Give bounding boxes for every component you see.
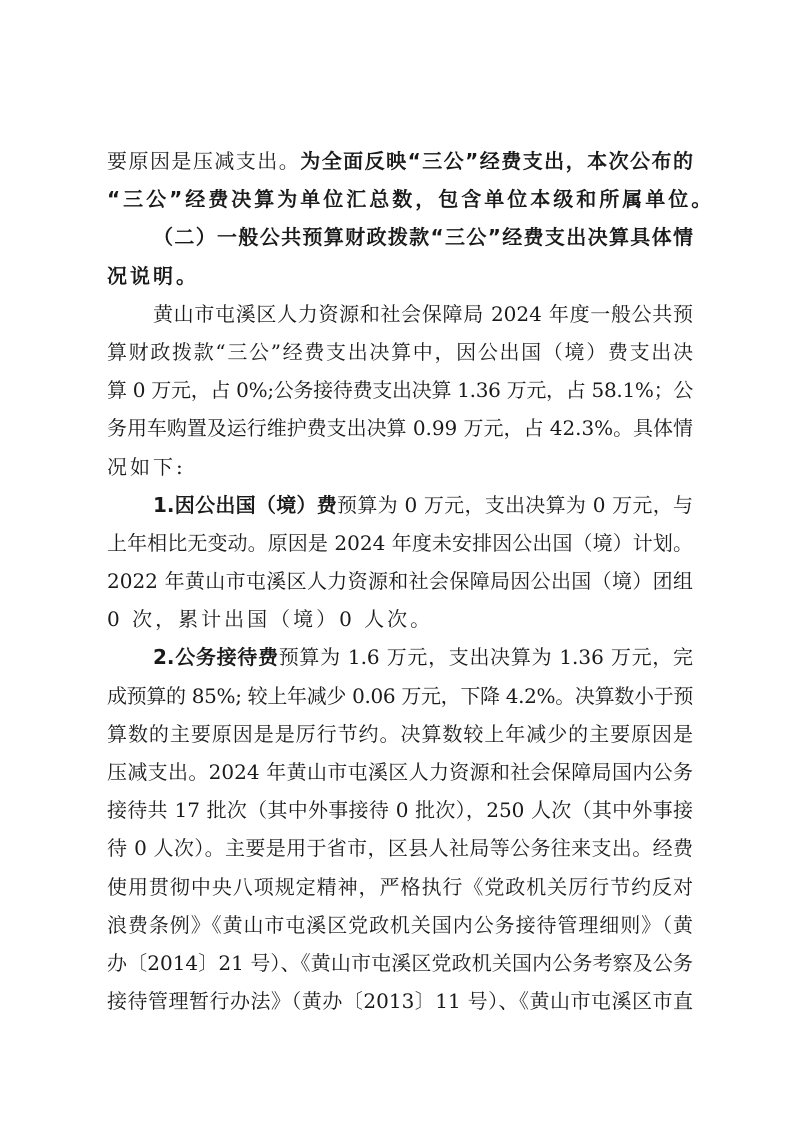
text-run: 待 0 人次）。主要是用于省市，区县人社局等公务往来支出。经费 [107, 836, 693, 860]
section-heading-text: 况说明。 [107, 264, 199, 288]
text-run: 算数的主要原因是是厉行节约。决算数较上年减少的主要原因是 [107, 722, 693, 746]
paragraph-line: 2022 年黄山市屯溪区人力资源和社会保障局因公出国（境）团组 [107, 562, 693, 600]
text-run: 预算为 0 万元，支出决算为 0 万元，与 [337, 493, 693, 517]
paragraph-line: 要原因是压减支出。为全面反映“三公”经费支出，本次公布的 [107, 142, 693, 180]
section-heading-continued: 况说明。 [107, 257, 693, 295]
paragraph-line: 算数的主要原因是是厉行节约。决算数较上年减少的主要原因是 [107, 715, 693, 753]
text-run: 浪费条例》《黄山市屯溪区党政机关国内公务接待管理细则》（黄 [107, 913, 693, 937]
text-run: 况如下: [107, 455, 186, 479]
paragraph-line: 接待管理暂行办法》（黄办〔2013〕11 号）、《黄山市屯溪区市直 [107, 982, 693, 1020]
text-run: 接待共 17 批次（其中外事接待 0 批次），250 人次（其中外事接 [107, 798, 693, 822]
text-run: 预算为 1.6 万元，支出决算为 1.36 万元，完 [279, 645, 693, 669]
section-heading-text: （二）一般公共预算财政拨款“三公”经费支出决算具体情 [153, 225, 693, 249]
text-run: 黄山市屯溪区人力资源和社会保障局 2024 年度一般公共预 [153, 302, 693, 326]
text-run: 0 次，累计出国（境）0 人次。 [107, 607, 433, 631]
paragraph-line: 算 0 万元，占 0%;公务接待费支出决算 1.36 万元，占 58.1%；公 [107, 371, 693, 409]
bold-text-run: 为全面反映“三公”经费支出，本次公布的 [300, 149, 693, 173]
paragraph-line: 上年相比无变动。原因是 2024 年度未安排因公出国（境）计划。 [107, 524, 693, 562]
item-heading: 1.因公出国（境）费 [153, 493, 337, 517]
paragraph-line: 使用贯彻中央八项规定精神，严格执行《党政机关厉行节约反对 [107, 868, 693, 906]
paragraph-line: 接待共 17 批次（其中外事接待 0 批次），250 人次（其中外事接 [107, 791, 693, 829]
item-reception: 2.公务接待费预算为 1.6 万元，支出决算为 1.36 万元，完 [107, 638, 693, 676]
paragraph-line: 压减支出。2024 年黄山市屯溪区人力资源和社会保障局国内公务 [107, 753, 693, 791]
paragraph-line: 办〔2014〕21 号）、《黄山市屯溪区党政机关国内公务考察及公务 [107, 944, 693, 982]
text-run: 算财政拨款“三公”经费支出决算中，因公出国（境）费支出决 [107, 340, 693, 364]
paragraph-line: 况如下: [107, 448, 693, 486]
paragraph-line: 浪费条例》《黄山市屯溪区党政机关国内公务接待管理细则》（黄 [107, 906, 693, 944]
text-run: 算 0 万元，占 0%;公务接待费支出决算 1.36 万元，占 58.1%；公 [107, 378, 693, 402]
text-run: 务用车购置及运行维护费支出决算 0.99 万元，占 42.3%。具体情 [107, 416, 693, 440]
text-run: 要原因是压减支出。 [107, 149, 300, 173]
paragraph-line: 待 0 人次）。主要是用于省市，区县人社局等公务往来支出。经费 [107, 829, 693, 867]
paragraph-line: 0 次，累计出国（境）0 人次。 [107, 600, 693, 638]
paragraph-line: “三公”经费决算为单位汇总数，包含单位本级和所属单位。 [107, 180, 693, 218]
text-run: 使用贯彻中央八项规定精神，严格执行《党政机关厉行节约反对 [107, 875, 693, 899]
paragraph-line: 成预算的 85%; 较上年减少 0.06 万元，下降 4.2%。决算数小于预 [107, 677, 693, 715]
text-run: 办〔2014〕21 号）、《黄山市屯溪区党政机关国内公务考察及公务 [107, 951, 693, 975]
paragraph-line: 算财政拨款“三公”经费支出决算中，因公出国（境）费支出决 [107, 333, 693, 371]
text-run: 接待管理暂行办法》（黄办〔2013〕11 号）、《黄山市屯溪区市直 [107, 989, 693, 1013]
text-run: 上年相比无变动。原因是 2024 年度未安排因公出国（境）计划。 [107, 531, 693, 555]
paragraph-line: 务用车购置及运行维护费支出决算 0.99 万元，占 42.3%。具体情 [107, 409, 693, 447]
document-page: 要原因是压减支出。为全面反映“三公”经费支出，本次公布的 “三公”经费决算为单位… [107, 142, 693, 1020]
bold-text-run: “三公”经费决算为单位汇总数，包含单位本级和所属单位。 [107, 187, 714, 211]
item-heading: 2.公务接待费 [153, 645, 279, 669]
text-run: 成预算的 85%; 较上年减少 0.06 万元，下降 4.2%。决算数小于预 [107, 684, 693, 708]
item-foreign-travel: 1.因公出国（境）费预算为 0 万元，支出决算为 0 万元，与 [107, 486, 693, 524]
text-run: 2022 年黄山市屯溪区人力资源和社会保障局因公出国（境）团组 [107, 569, 693, 593]
text-run: 压减支出。2024 年黄山市屯溪区人力资源和社会保障局国内公务 [107, 760, 693, 784]
section-heading: （二）一般公共预算财政拨款“三公”经费支出决算具体情 [107, 218, 693, 256]
paragraph-line: 黄山市屯溪区人力资源和社会保障局 2024 年度一般公共预 [107, 295, 693, 333]
